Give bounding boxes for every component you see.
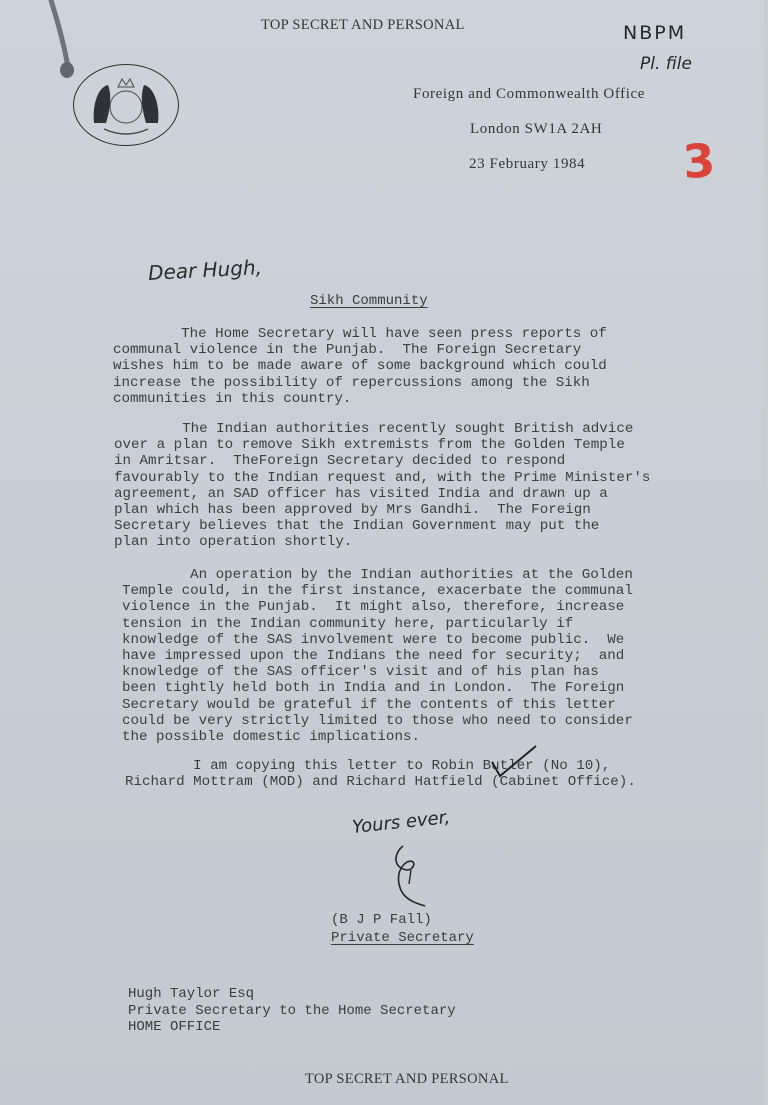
signature-icon [385,840,435,910]
classification-header: TOP SECRET AND PERSONAL [261,17,465,34]
folio-number: 3 [681,133,717,189]
letter-page: TOP SECRET AND PERSONAL NBPM Pl. file Fo… [0,0,764,1105]
check-mark-icon [490,742,540,780]
body-paragraph-1: The Home Secretary will have seen press … [113,326,607,407]
body-paragraph-3: An operation by the Indian authorities a… [122,567,633,745]
handwritten-filing-note: NBPM [623,22,686,44]
signatory-name: (B J P Fall) [331,912,432,928]
subject-heading: Sikh Community [310,293,428,309]
signatory-title: Private Secretary [331,930,474,946]
handwritten-file-note: Pl. file [640,54,692,74]
recipient-office: HOME OFFICE [128,1019,220,1035]
body-paragraph-copies: I am copying this letter to Robin Butler… [125,758,636,790]
sender-address: London SW1A 2AH [470,121,602,138]
sender-office: Foreign and Commonwealth Office [413,86,645,103]
recipient-name: Hugh Taylor Esq [128,986,254,1002]
handwritten-salutation: Dear Hugh, [147,255,262,285]
recipient-position: Private Secretary to the Home Secretary [128,1003,456,1019]
letter-date: 23 February 1984 [469,156,585,173]
classification-footer: TOP SECRET AND PERSONAL [305,1071,509,1088]
handwritten-closing: Yours ever, [351,807,451,838]
body-paragraph-2: The Indian authorities recently sought B… [114,421,650,551]
royal-coat-of-arms-icon [73,64,179,146]
